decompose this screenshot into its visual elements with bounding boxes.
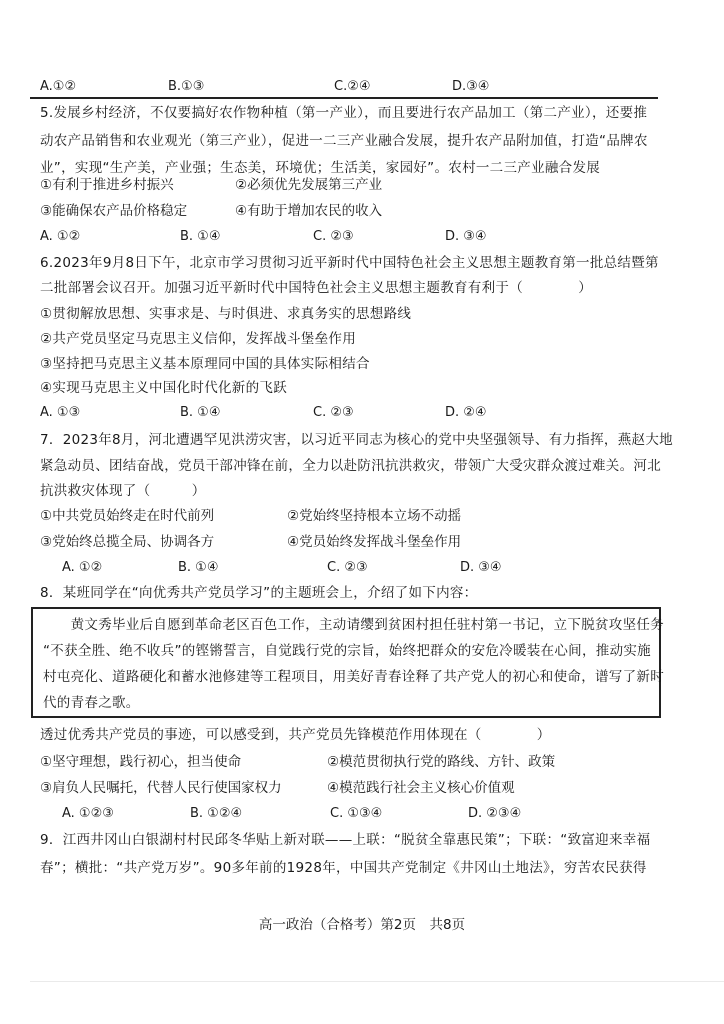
q4-option-b[interactable]: B.①③ [168, 77, 204, 97]
q7-stem-line-2: 紧急动员、团结奋战，党员干部冲锋在前，全力以赴防汛抗洪救灾，带领广大受灾群众渡过… [40, 456, 661, 476]
q5-stem-line-2: 动农产品销售和农业观光（第三产业），促进一二三产业融合发展，提升农产品附加值，打… [40, 131, 648, 151]
q8-option-d[interactable]: D. ②③④ [468, 804, 521, 824]
q8-option-b[interactable]: B. ①②④ [190, 804, 242, 824]
q8-option-a[interactable]: A. ①②③ [62, 804, 114, 824]
q8-statement-1: ①坚守理想，践行初心，担当使命 [40, 752, 241, 772]
q4-option-d[interactable]: D.③④ [452, 77, 489, 97]
q9-stem-line-2: 春”；横批：“共产党万岁”。90多年前的1928年，中国共产党制定《井冈山土地法… [40, 858, 647, 878]
q7-statement-1: ①中共党员始终走在时代前列 [40, 506, 214, 526]
q8-material-line-1: 黄文秀毕业后自愿到革命老区百色工作，主动请缨到贫困村担任驻村第一书记，立下脱贫攻… [43, 615, 664, 635]
bottom-rule [30, 981, 724, 982]
q6-statement-1: ①贯彻解放思想、实事求是、与时俱进、求真务实的思想路线 [40, 304, 411, 324]
q6-option-c[interactable]: C. ②③ [313, 403, 354, 423]
q8-material-box: 黄文秀毕业后自愿到革命老区百色工作，主动请缨到贫困村担任驻村第一书记，立下脱贫攻… [31, 607, 661, 718]
q5-option-d[interactable]: D. ③④ [445, 227, 487, 247]
q5-option-a[interactable]: A. ①② [40, 227, 80, 247]
q7-option-b[interactable]: B. ①④ [178, 558, 219, 578]
q5-stem-line-1: 5.发展乡村经济，不仅要搞好农作物种植（第一产业），而且要进行农产品加工（第二产… [40, 103, 647, 123]
q8-statement-3: ③肩负人民嘱托，代替人民行使国家权力 [40, 778, 282, 798]
q6-stem-line-2: 二批部署会议召开。加强习近平新时代中国特色社会主义思想主题教育有利于（ ） [40, 278, 592, 298]
q8-material-line-4: 代的青春之歌。 [43, 693, 140, 713]
q7-option-a[interactable]: A. ①② [62, 558, 102, 578]
q6-option-a[interactable]: A. ①③ [40, 403, 80, 423]
q7-stem-line-1: 7．2023年8月，河北遭遇罕见洪涝灾害，以习近平同志为核心的党中央坚强领导、有… [40, 430, 673, 450]
q4-option-a[interactable]: A.①② [40, 77, 76, 97]
q5-statement-4: ④有助于增加农民的收入 [235, 201, 382, 221]
header-rule [30, 97, 658, 99]
q6-stem-line-1: 6.2023年9月8日下午，北京市学习贯彻习近平新时代中国特色社会主义思想主题教… [40, 253, 659, 273]
q8-option-c[interactable]: C. ①③④ [330, 804, 382, 824]
q8-question: 透过优秀共产党员的事迹，可以感受到，共产党员先锋模范作用体现在（ ） [40, 725, 551, 745]
q8-stem: 8．某班同学在“向优秀共产党员学习”的主题班会上，介绍了如下内容： [40, 583, 477, 603]
q5-option-c[interactable]: C. ②③ [313, 227, 354, 247]
q5-statement-3: ③能确保农产品价格稳定 [40, 201, 187, 221]
q7-option-c[interactable]: C. ②③ [327, 558, 368, 578]
q8-material-line-2: “不获全胜、绝不收兵”的铿锵誓言，自觉践行党的宗旨，始终把群众的安危冷暖装在心间… [43, 641, 651, 661]
q9-stem-line-1: 9．江西井冈山白银湖村村民邱冬华贴上新对联——上联：“脱贫全靠惠民策”；下联：“… [40, 830, 650, 850]
q5-option-b[interactable]: B. ①④ [180, 227, 221, 247]
q8-statement-4: ④模范践行社会主义核心价值观 [327, 778, 515, 798]
q6-option-d[interactable]: D. ②④ [445, 403, 487, 423]
q7-statement-3: ③党始终总揽全局、协调各方 [40, 532, 214, 552]
q6-statement-2: ②共产党员坚定马克思主义信仰，发挥战斗堡垒作用 [40, 329, 356, 349]
q8-material-line-3: 村屯亮化、道路硬化和蓄水池修建等工程项目，用美好青春诠释了共产党人的初心和使命，… [43, 667, 664, 687]
q7-statement-2: ②党始终坚持根本立场不动摇 [287, 506, 461, 526]
q7-statement-4: ④党员始终发挥战斗堡垒作用 [287, 532, 461, 552]
q4-option-c[interactable]: C.②④ [334, 77, 371, 97]
q7-stem-line-3: 抗洪救灾体现了（ ） [40, 481, 206, 501]
q7-option-d[interactable]: D. ③④ [460, 558, 502, 578]
q6-option-b[interactable]: B. ①④ [180, 403, 221, 423]
page-footer: 高一政治（合格考）第2页 共8页 [0, 915, 724, 935]
q6-statement-3: ③坚持把马克思主义基本原理同中国的具体实际相结合 [40, 354, 370, 374]
q8-statement-2: ②模范贯彻执行党的路线、方针、政策 [327, 752, 555, 772]
q6-statement-4: ④实现马克思主义中国化时代化新的飞跃 [40, 378, 287, 398]
q5-statement-1: ①有利于推进乡村振兴 [40, 175, 174, 195]
q5-statement-2: ②必须优先发展第三产业 [235, 175, 382, 195]
